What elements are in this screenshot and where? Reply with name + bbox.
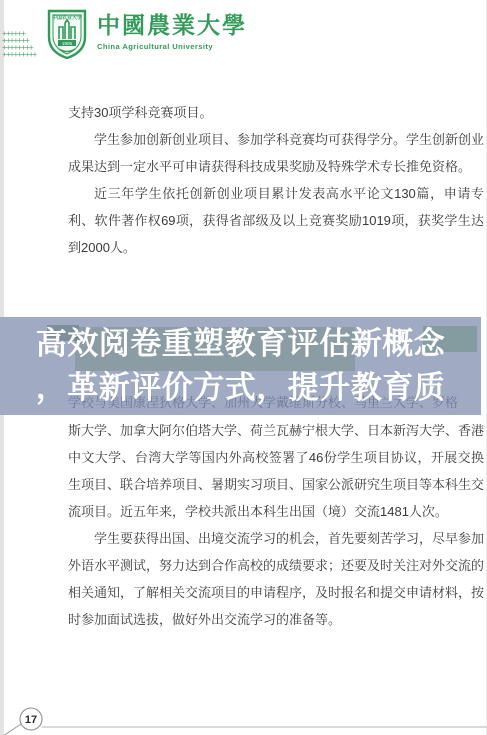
plus-row: +++++++++ xyxy=(2,50,36,59)
page-number: 17 xyxy=(25,714,37,726)
body-text-upper: 支持30项学科竞赛项目。 学生参加创新创业项目、参加学科竞赛均可获得学分。学生创… xyxy=(68,99,484,261)
banner-title: 高效阅卷重塑教育评估新概念 ，革新评价方式，提升教育质 xyxy=(0,322,481,410)
emblem-year: 1905 xyxy=(62,41,73,46)
caption-banner-overlay: 学校与美国康涅狄格大学、加州大学戴维斯分校、马里兰大学、罗格 高效阅卷重塑教育评… xyxy=(0,317,481,415)
paragraph: 支持30项学科竞赛项目。 xyxy=(68,99,484,126)
banner-title-line1: 高效阅卷重塑教育评估新概念 xyxy=(0,322,481,366)
university-name-chinese: 中國農業大學 xyxy=(97,13,247,39)
university-name-english: China Agricultural University xyxy=(97,42,247,51)
document-page: ++++++ +++++++ ++++++++ +++++++++ 中国农业大学… xyxy=(0,0,487,735)
banner-title-line2: ，革新评价方式，提升教育质 xyxy=(0,366,481,410)
footer-rule: 17 xyxy=(0,700,487,735)
paragraph: 学生参加创新创业项目、参加学科竞赛均可获得学分。学生创新创业成果达到一定水平可申… xyxy=(68,126,484,180)
university-emblem-icon: 中国农业大学 1905 xyxy=(47,9,87,59)
paragraph: 近三年学生依托创新创业项目累计发表高水平论文130篇，申请专利、软件著作权69项… xyxy=(68,180,484,261)
body-text-lower: 斯大学、加拿大阿尔伯塔大学、荷兰瓦赫宁根大学、日本新泻大学、香港中文大学、台湾大… xyxy=(68,417,484,633)
university-wordmark: 中國農業大學 China Agricultural University xyxy=(97,13,247,51)
plus-pattern-decoration: ++++++ +++++++ ++++++++ +++++++++ xyxy=(2,30,36,58)
paragraph: 学生要获得出国、出境交流学习的机会，首先要刻苦学习，尽早参加外语水平测试，努力达… xyxy=(68,525,484,633)
paragraph-continuation: 斯大学、加拿大阿尔伯塔大学、荷兰瓦赫宁根大学、日本新泻大学、香港中文大学、台湾大… xyxy=(68,417,484,525)
